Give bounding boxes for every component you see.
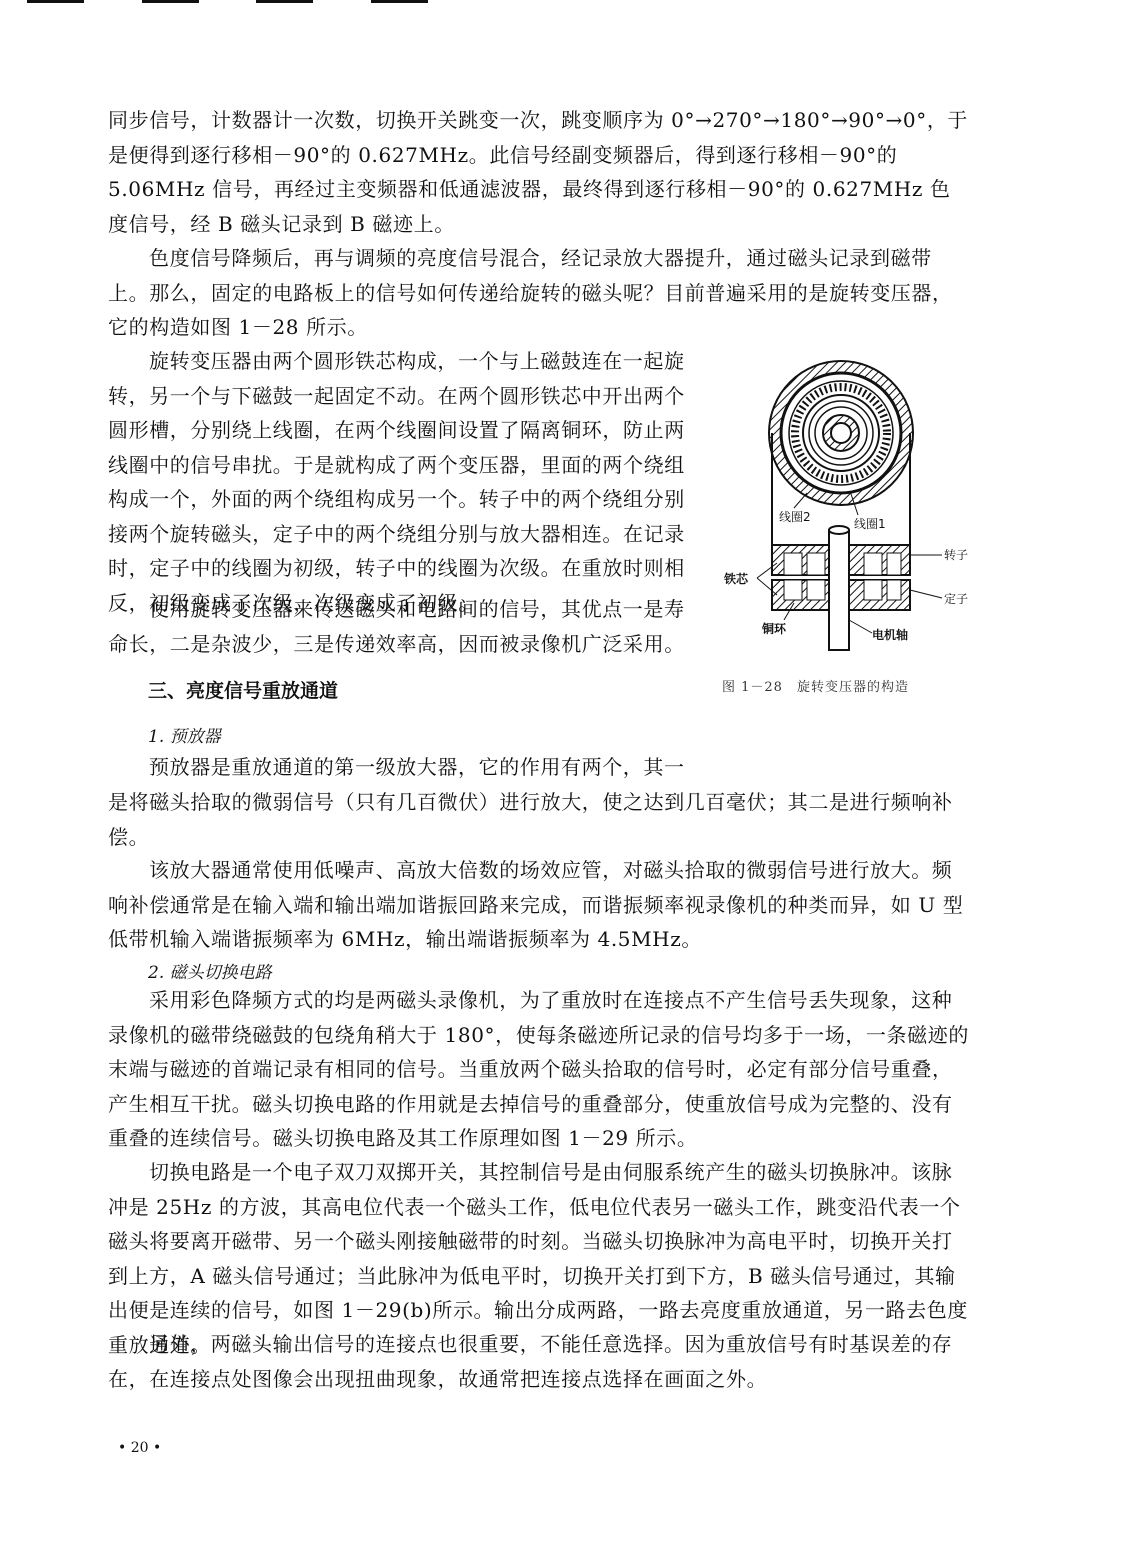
paragraph-preamp-line1: 预放器是重放通道的第一级放大器，它的作用有两个，其一 xyxy=(108,750,692,785)
label-coil-2: 线圈2 xyxy=(779,508,811,525)
paragraph-connection-point: 另外，两磁头输出信号的连接点也很重要，不能任意选择。因为重放信号有时基误差的存在… xyxy=(108,1327,970,1396)
label-copper-ring: 铜环 xyxy=(762,620,786,637)
paragraph-amplifier: 该放大器通常使用低噪声、高放大倍数的场效应管，对磁头拾取的微弱信号进行放大。频响… xyxy=(108,853,970,957)
rotary-transformer-diagram xyxy=(722,358,972,658)
label-rotor: 转子 xyxy=(944,546,968,563)
label-motor-shaft: 电机轴 xyxy=(872,626,908,643)
label-coil-1: 线圈1 xyxy=(854,515,886,532)
paragraph-rotary-transformer: 旋转变压器由两个圆形铁芯构成，一个与上磁鼓连在一起旋转，另一个与下磁鼓一起固定不… xyxy=(108,344,692,620)
figure-caption: 图 1－28 旋转变压器的构造 xyxy=(722,676,909,695)
paragraph-advantages: 使用旋转变压器来传送磁头和电路间的信号，其优点一是寿命长，二是杂波少，三是传递效… xyxy=(108,592,692,661)
subheading-head-switch: 2. 磁头切换电路 xyxy=(148,958,272,983)
section-heading: 三、亮度信号重放通道 xyxy=(148,676,338,703)
top-rule xyxy=(142,0,199,3)
top-rule xyxy=(27,0,84,3)
paragraph-chroma-downconvert: 色度信号降频后，再与调频的亮度信号混合，经记录放大器提升，通过磁头记录到磁带上。… xyxy=(108,241,970,345)
label-stator: 定子 xyxy=(944,590,968,607)
paragraph-preamp-rest: 是将磁头拾取的微弱信号（只有几百微伏）进行放大，使之达到几百毫伏；其二是进行频响… xyxy=(108,785,970,854)
top-rule xyxy=(256,0,313,3)
top-rule xyxy=(371,0,428,3)
label-iron-core: 铁芯 xyxy=(724,570,748,587)
page-number: • 20 • xyxy=(118,1440,161,1456)
paragraph-two-head-vcr: 采用彩色降频方式的均是两磁头录像机，为了重放时在连接点不产生信号丢失现象，这种录… xyxy=(108,983,970,1156)
subheading-preamp: 1. 预放器 xyxy=(148,722,221,747)
paragraph-sync-signal: 同步信号，计数器计一次数，切换开关跳变一次，跳变顺序为 0°→270°→180°… xyxy=(108,103,970,241)
figure-rotary-transformer: 线圈2 线圈1 转子 定子 铁芯 铜环 电机轴 xyxy=(722,358,972,658)
